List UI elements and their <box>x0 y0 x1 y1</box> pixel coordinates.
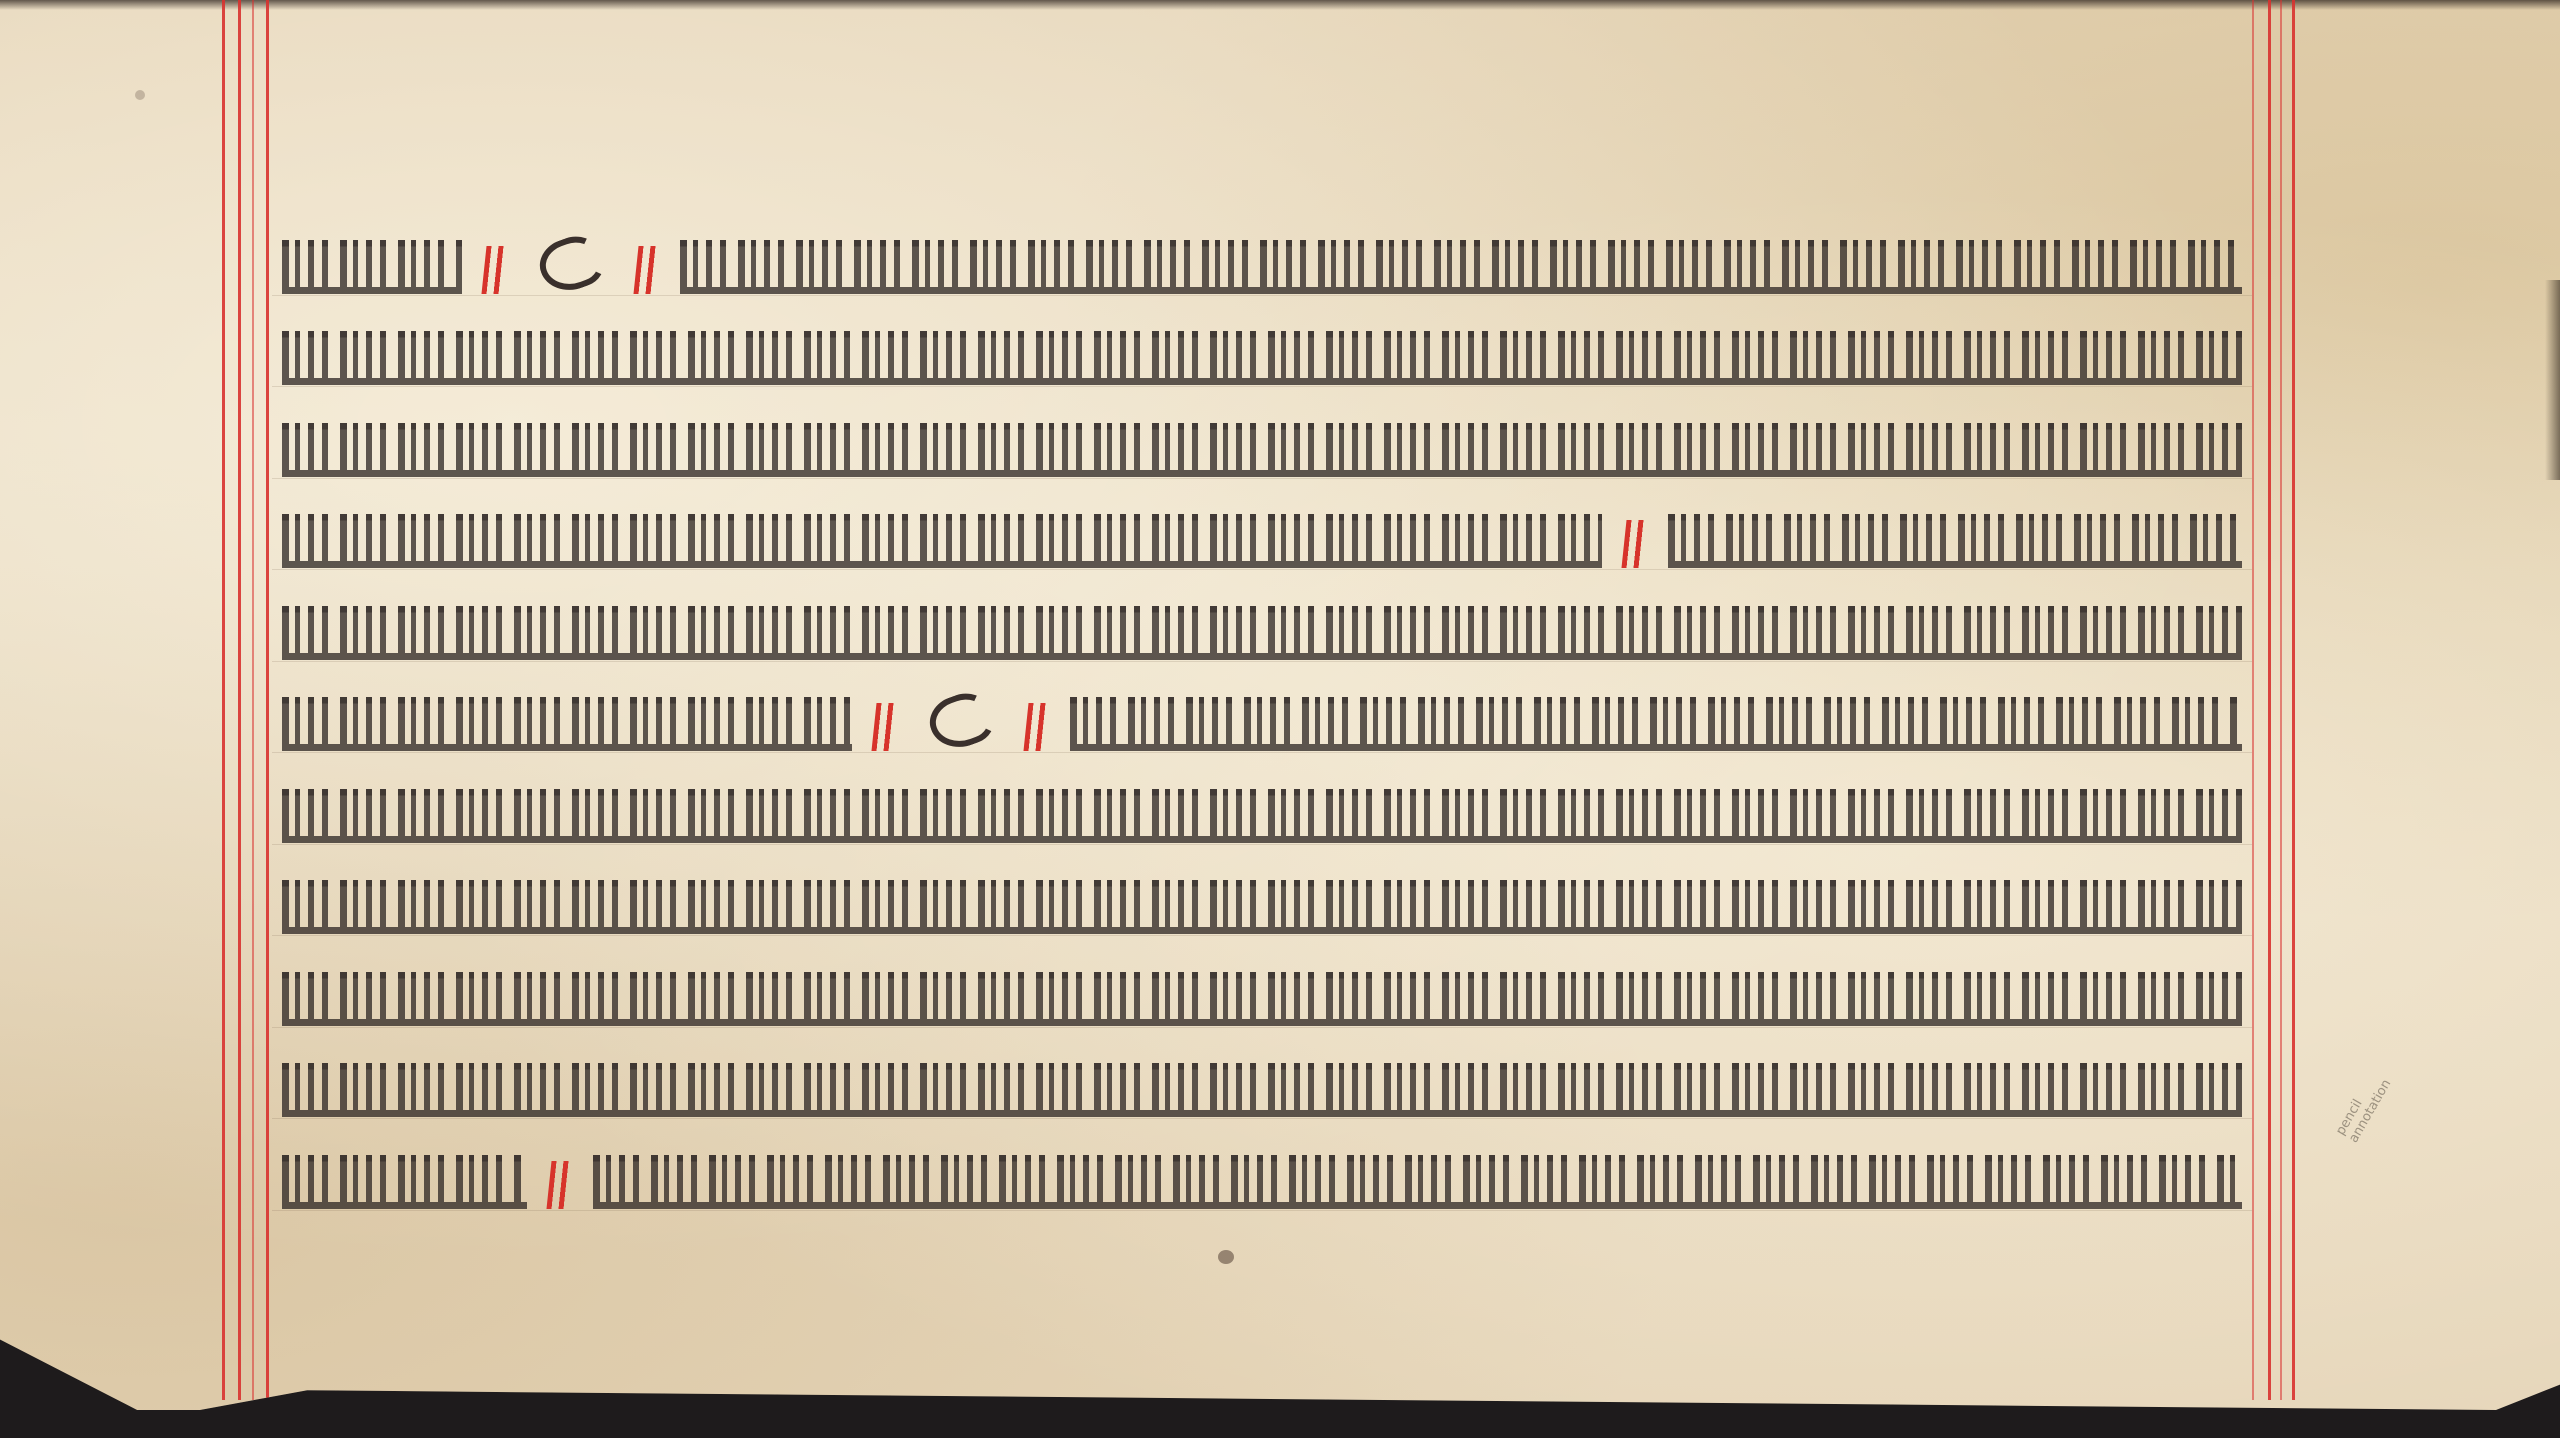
double-danda-mark <box>1023 703 1050 751</box>
left-margin-rule <box>222 0 225 1400</box>
left-margin-rule <box>266 0 269 1400</box>
double-danda-mark <box>481 246 508 294</box>
double-danda-mark <box>546 1161 573 1209</box>
script-text <box>680 240 2242 294</box>
script-text <box>282 423 2242 477</box>
double-danda-mark <box>1621 520 1648 568</box>
script-text <box>282 697 852 751</box>
manuscript-line-5 <box>282 594 2242 686</box>
double-danda-mark <box>633 246 660 294</box>
manuscript-line-3 <box>282 411 2242 503</box>
manuscript-line-7 <box>282 777 2242 869</box>
right-margin-rule <box>2268 0 2271 1400</box>
ink-stain <box>1218 1250 1234 1264</box>
script-text <box>1070 697 2242 751</box>
script-text <box>1668 514 2242 568</box>
right-margin-rule <box>2252 0 2254 1400</box>
manuscript-line-8 <box>282 869 2242 961</box>
ink-stain <box>135 90 145 100</box>
script-text <box>282 972 2242 1026</box>
page-edge-shadow <box>0 0 2560 10</box>
right-margin-rule <box>2280 0 2282 1400</box>
folio-annotation: pencil annotation <box>2333 1079 2379 1140</box>
manuscript-line-11 <box>282 1143 2242 1235</box>
manuscript-line-1 <box>282 228 2242 320</box>
manuscript-text-block <box>282 228 2242 1235</box>
right-margin-rule <box>2292 0 2295 1400</box>
invocation-sign-icon <box>923 686 999 756</box>
manuscript-line-9 <box>282 960 2242 1052</box>
invocation-sign-icon <box>533 228 609 298</box>
manuscript-line-4 <box>282 503 2242 595</box>
script-text <box>282 1063 2242 1117</box>
script-text <box>282 514 1602 568</box>
manuscript-line-10 <box>282 1052 2242 1144</box>
left-margin-rule <box>238 0 241 1400</box>
left-margin-rule <box>252 0 254 1400</box>
script-text <box>282 606 2242 660</box>
script-text <box>282 331 2242 385</box>
manuscript-line-2 <box>282 320 2242 412</box>
double-danda-mark <box>871 703 898 751</box>
script-text <box>282 880 2242 934</box>
script-text <box>282 1155 527 1209</box>
manuscript-page: pencil annotation <box>0 0 2560 1410</box>
script-text <box>282 240 462 294</box>
script-text <box>593 1155 2242 1209</box>
manuscript-line-6 <box>282 686 2242 778</box>
edge-damage <box>2545 280 2560 480</box>
script-text <box>282 789 2242 843</box>
